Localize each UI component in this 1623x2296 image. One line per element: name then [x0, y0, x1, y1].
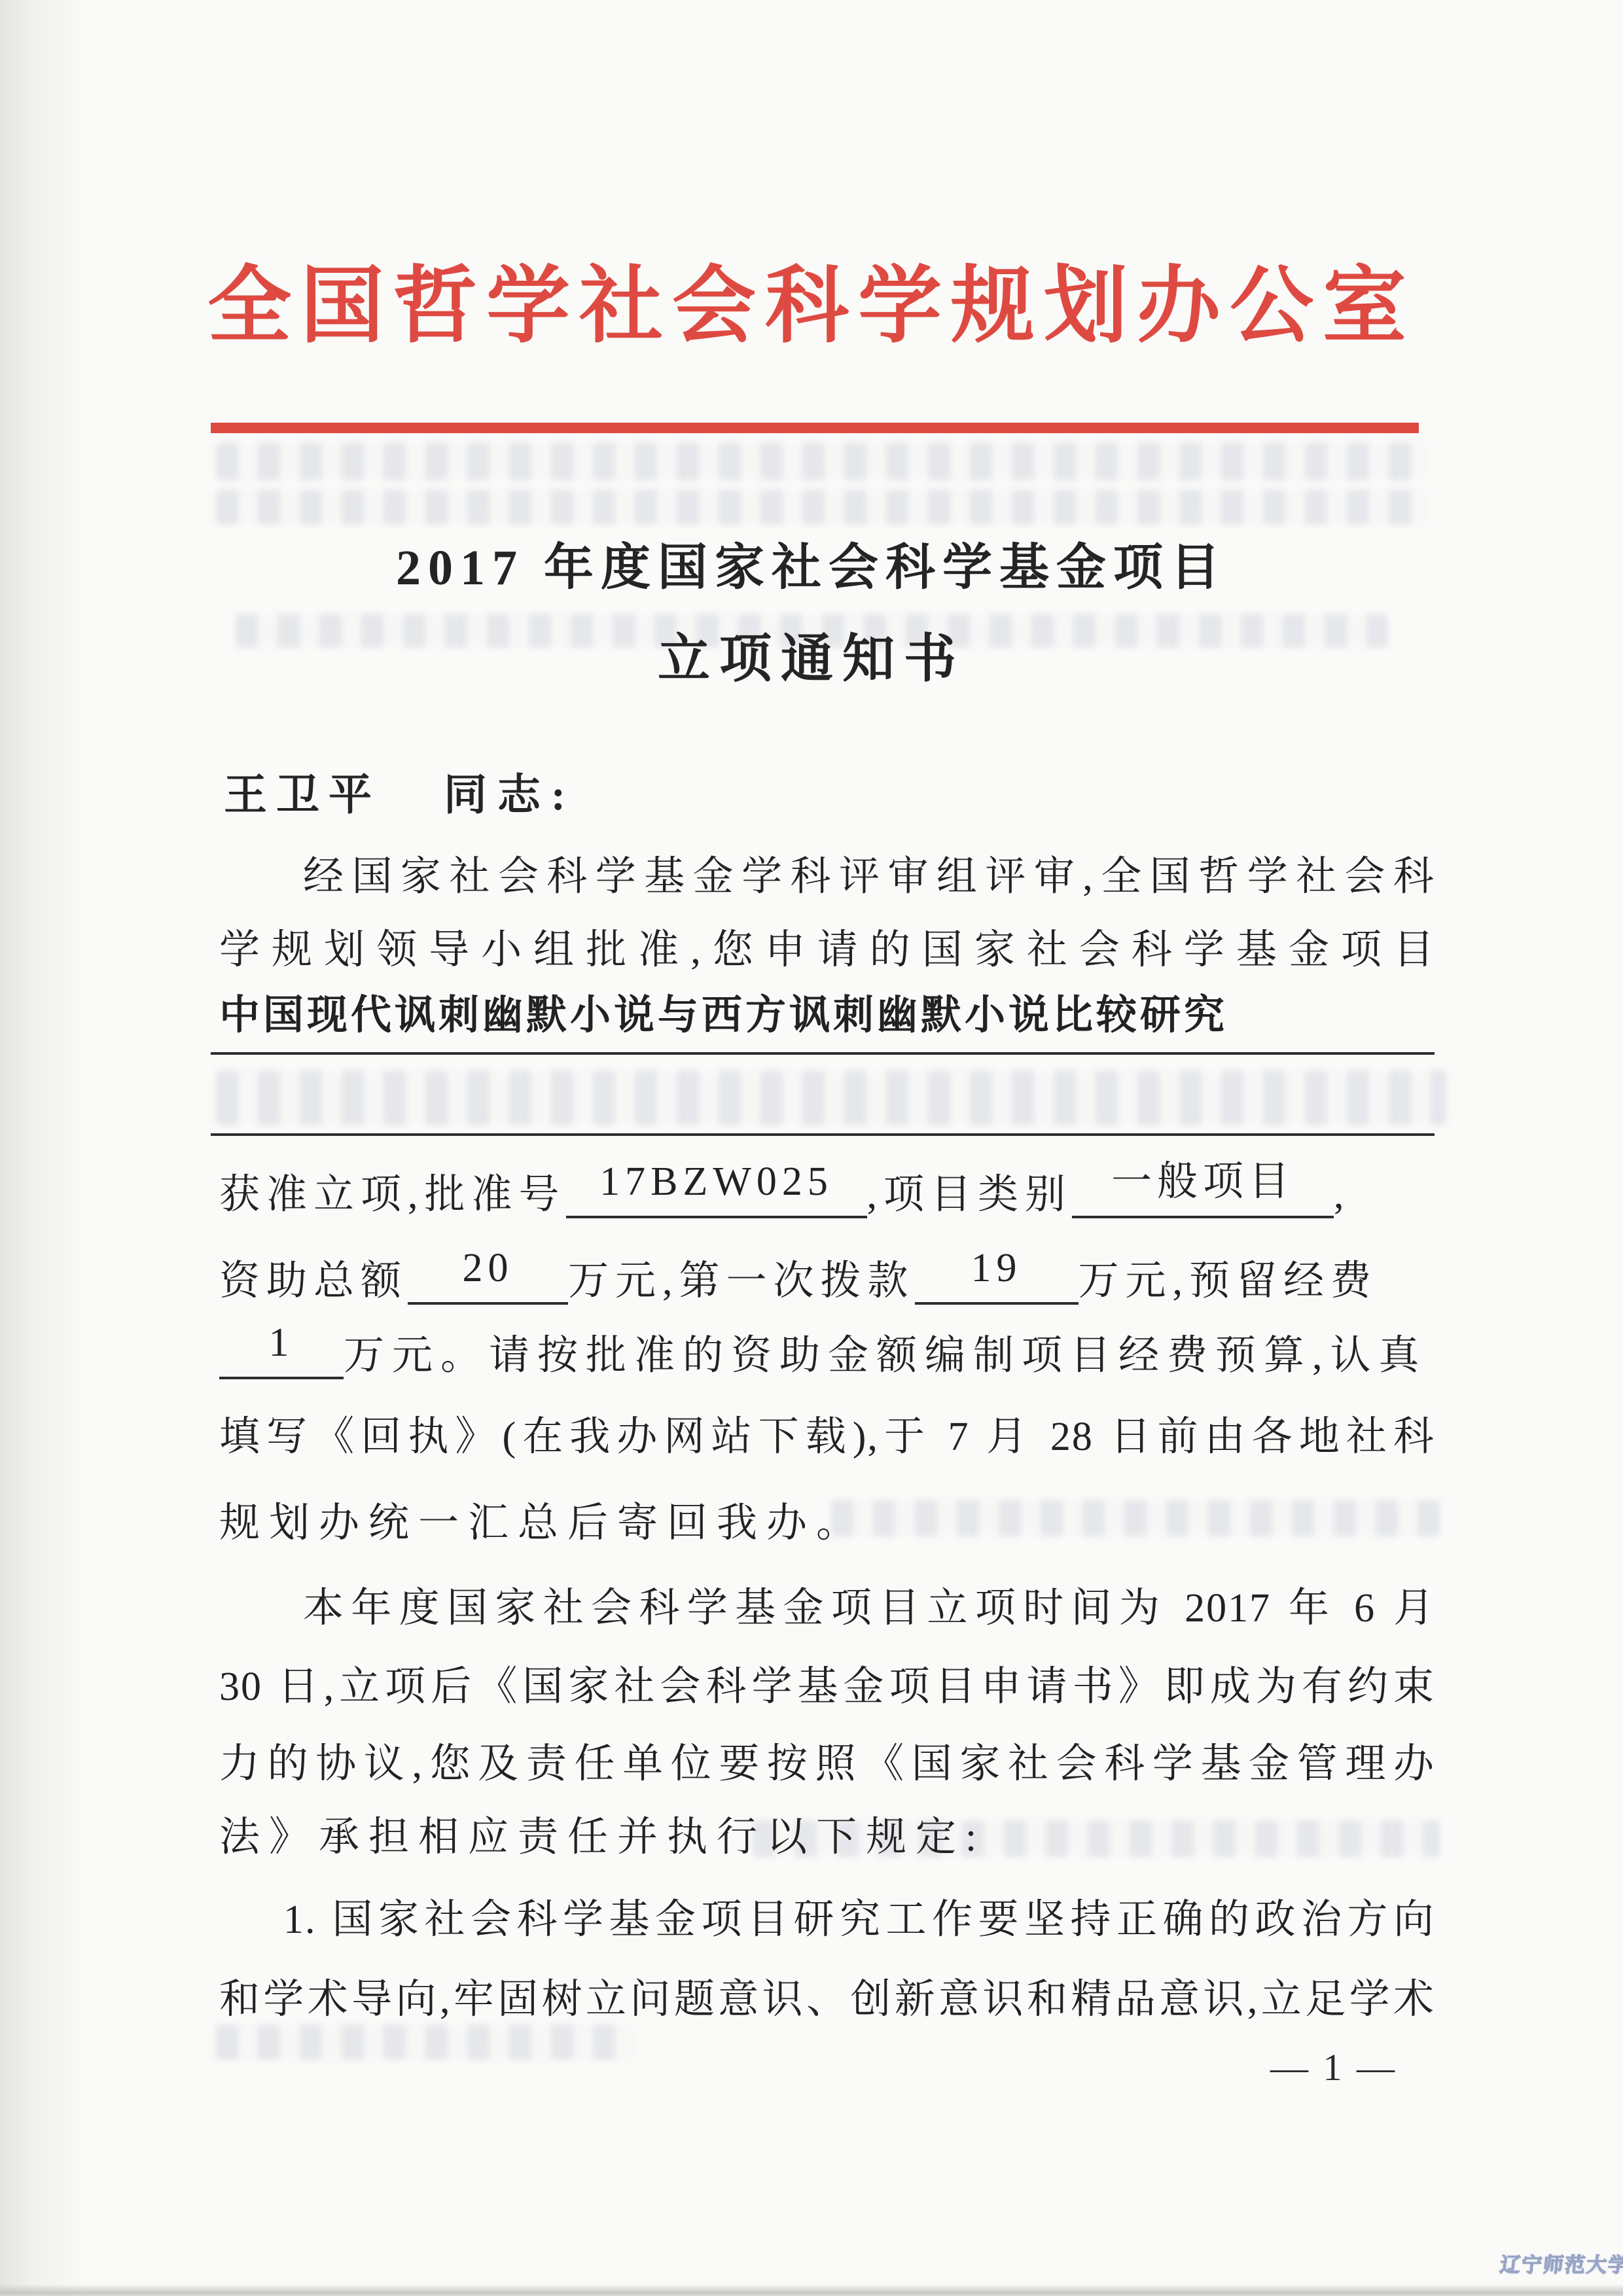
- recipient-name: 王卫平: [224, 771, 381, 819]
- approval-prefix: 获准立项,批准号: [219, 1173, 566, 1217]
- page-number: — 1 —: [1255, 2047, 1412, 2089]
- funding-mid2: 万元,预留经费: [1079, 1259, 1378, 1303]
- approval-middle: ,项目类别: [867, 1173, 1073, 1217]
- funding-line-2: 1万元。请按批准的资助金额编制项目经费预算,认真: [219, 1330, 1435, 1379]
- body-line: 1. 国家社会科学基金项目研究工作要坚持正确的政治方向: [219, 1896, 1435, 1943]
- funding-line-1: 资助总额20万元,第一次拨款19万元,预留经费: [219, 1255, 1435, 1305]
- ink-bleed-band: [216, 2024, 635, 2060]
- body-line: 学规划领导小组批准,您申请的国家社会科学基金项目: [219, 927, 1435, 974]
- ink-bleed-band: [216, 442, 1427, 480]
- fill-in-underline: [211, 1052, 1435, 1055]
- first-payment-value: 19: [971, 1245, 1022, 1292]
- funding-line2-text: 万元。请按批准的资助金额编制项目经费预算,认真: [344, 1333, 1427, 1378]
- body-line: 力的协议,您及责任单位要按照《国家社会科学基金管理办: [219, 1740, 1435, 1788]
- approval-number-value: 17BZW025: [599, 1158, 833, 1205]
- body-line: 30 日,立项后《国家社会科学基金项目申请书》即成为有约束: [219, 1663, 1435, 1710]
- first-payment-blank: 19: [915, 1255, 1079, 1305]
- approval-suffix: ,: [1334, 1173, 1351, 1217]
- body-line: 和学术导向,牢固树立问题意识、创新意识和精品意识,立足学术: [219, 1976, 1435, 2023]
- scan-bottom-edge: [0, 2284, 1623, 2296]
- scanned-approval-letter-page: 全国哲学社会科学规划办公室 2017 年度国家社会科学基金项目 立项通知书 王卫…: [0, 0, 1623, 2296]
- approval-line: 获准立项,批准号17BZW025,项目类别一般项目,: [219, 1169, 1435, 1218]
- project-category-blank: 一般项目: [1072, 1169, 1334, 1218]
- body-line: 法》承担相应责任并执行以下规定:: [219, 1814, 1435, 1861]
- body-line: 本年度国家社会科学基金项目立项时间为 2017 年 6 月: [219, 1585, 1435, 1632]
- salutation-suffix: 同志:: [444, 771, 576, 819]
- approval-number-blank: 17BZW025: [566, 1169, 867, 1218]
- document-title-line2: 立项通知书: [0, 631, 1623, 688]
- salutation-line: 王卫平同志:: [224, 771, 576, 821]
- project-category-value: 一般项目: [1111, 1158, 1294, 1205]
- reserved-amount-blank: 1: [219, 1330, 344, 1379]
- body-line: 规划办统一汇总后寄回我办。: [219, 1500, 1435, 1547]
- body-line: 经国家社会科学基金学科评审组评审,全国哲学社会科: [219, 853, 1435, 900]
- ink-bleed-band: [216, 1070, 1446, 1125]
- body-line: 填写《回执》(在我办网站下载),于 7 月 28 日前由各地社科: [219, 1413, 1435, 1460]
- funding-total-label: 资助总额: [219, 1259, 408, 1303]
- letterhead-org-title: 全国哲学社会科学规划办公室: [0, 260, 1623, 352]
- project-title-fill-in: 中国现代讽刺幽默小说与西方讽刺幽默小说比较研究: [219, 992, 1435, 1039]
- scanner-watermark: 辽宁师范大学: [1499, 2253, 1623, 2277]
- reserved-amount-value: 1: [269, 1319, 294, 1366]
- funding-mid1: 万元,第一次拨款: [568, 1259, 915, 1303]
- letterhead-divider-rule: [211, 423, 1419, 433]
- total-amount-blank: 20: [408, 1255, 568, 1305]
- ink-bleed-band: [216, 489, 1427, 525]
- total-amount-value: 20: [463, 1245, 514, 1292]
- document-title-line1: 2017 年度国家社会科学基金项目: [0, 540, 1623, 595]
- fill-in-underline: [211, 1133, 1435, 1136]
